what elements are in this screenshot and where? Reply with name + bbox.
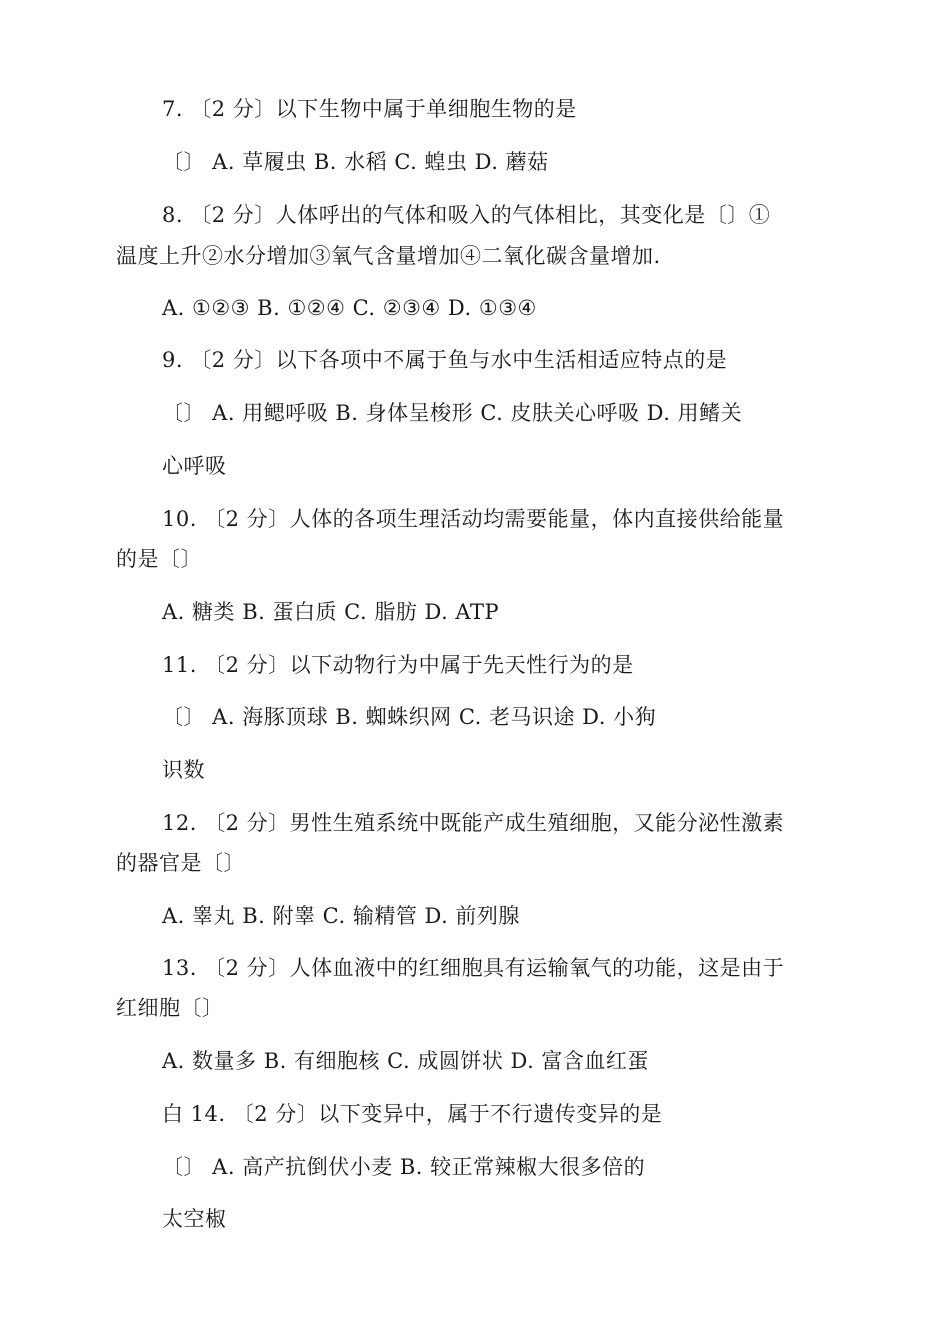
question-8-stem-continued: 温度上升②水分增加③氧气含量增加④二氧化碳含量增加. [116, 243, 661, 269]
question-7-options: 〔〕 A. 草履虫 B. 水稻 C. 蝗虫 D. 蘑菇 [162, 149, 549, 175]
question-11-stem: 11. 〔2 分〕以下动物行为中属于先天性行为的是 [162, 652, 634, 678]
question-10-stem: 10. 〔2 分〕人体的各项生理活动均需要能量，体内直接供给能量 [162, 506, 784, 532]
question-13-stem-continued: 红细胞〔〕 [116, 995, 224, 1021]
question-8-options: A. ①②③ B. ①②④ C. ②③④ D. ①③④ [162, 295, 537, 321]
question-14-options: 〔〕 A. 高产抗倒伏小麦 B. 较正常辣椒大很多倍的 [162, 1154, 645, 1180]
question-9-options: 〔〕 A. 用鳃呼吸 B. 身体呈梭形 C. 皮肤关心呼吸 D. 用鳍关 [162, 400, 742, 426]
question-11-options: 〔〕 A. 海豚顶球 B. 蜘蛛织网 C. 老马识途 D. 小狗 [162, 704, 656, 730]
question-12-stem: 12. 〔2 分〕男性生殖系统中既能产成生殖细胞，又能分泌性激素 [162, 810, 784, 836]
question-9-options-continued: 心呼吸 [162, 453, 227, 479]
question-11-options-continued: 识数 [162, 757, 205, 783]
question-14-stem: 白 14. 〔2 分〕以下变异中，属于不行遗传变异的是 [162, 1101, 662, 1127]
question-7-stem: 7. 〔2 分〕以下生物中属于单细胞生物的是 [162, 96, 577, 122]
question-12-stem-continued: 的器官是〔〕 [116, 850, 245, 876]
question-10-options: A. 糖类 B. 蛋白质 C. 脂肪 D. ATP [162, 599, 499, 625]
document-page: 7. 〔2 分〕以下生物中属于单细胞生物的是 〔〕 A. 草履虫 B. 水稻 C… [0, 0, 950, 1344]
question-8-stem: 8. 〔2 分〕人体呼出的气体和吸入的气体相比，其变化是〔〕① [162, 202, 770, 228]
question-14-options-continued: 太空椒 [162, 1206, 227, 1232]
question-9-stem: 9. 〔2 分〕以下各项中不属于鱼与水中生活相适应特点的是 [162, 347, 727, 373]
question-10-stem-continued: 的是〔〕 [116, 546, 202, 572]
question-12-options: A. 睾丸 B. 附睾 C. 输精管 D. 前列腺 [162, 903, 520, 929]
question-13-stem: 13. 〔2 分〕人体血液中的红细胞具有运输氧气的功能，这是由于 [162, 955, 784, 981]
question-13-options: A. 数量多 B. 有细胞核 C. 成圆饼状 D. 富含血红蛋 [162, 1048, 649, 1074]
